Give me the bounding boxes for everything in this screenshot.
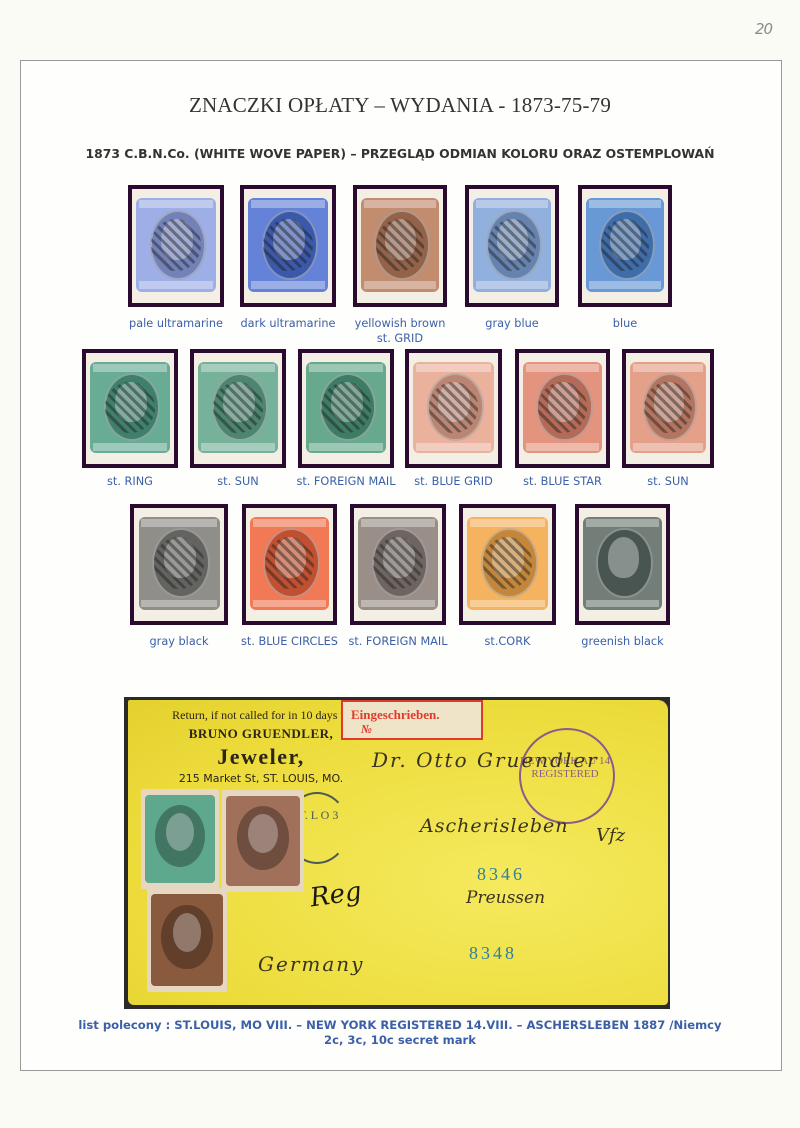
stamp-6c-2-6 bbox=[622, 349, 714, 468]
address-country: Germany bbox=[258, 952, 364, 976]
stamp-3c-2-3 bbox=[298, 349, 394, 468]
cover-trade: Jeweler, bbox=[146, 744, 376, 770]
addressee: Dr. Otto Gruendler bbox=[372, 748, 599, 772]
stamp-7c-3-2 bbox=[242, 504, 337, 625]
cover-stamp-3c bbox=[141, 789, 219, 889]
stamp-1c-1-4 bbox=[465, 185, 559, 307]
cover-caption-line-1: list polecony : ST.LOUIS, MO VIII. – NEW… bbox=[0, 1018, 800, 1032]
address-city: Ascherisleben bbox=[420, 815, 568, 837]
stamp-3c-2-2 bbox=[190, 349, 286, 468]
stamp-caption: blue bbox=[548, 316, 702, 331]
stamp-15c-3-4 bbox=[459, 504, 556, 625]
page-number: 20 bbox=[755, 20, 772, 38]
registration-number-2: 8348 bbox=[469, 943, 517, 964]
registration-label-number: № bbox=[361, 722, 372, 737]
stamp-1c-1-2 bbox=[240, 185, 336, 307]
registration-label: Eingeschrieben. № bbox=[341, 700, 483, 740]
cover-caption-line-2: 2c, 3c, 10c secret mark bbox=[0, 1033, 800, 1047]
registration-number-1: 8346 bbox=[477, 864, 525, 885]
stamp-6c-2-4 bbox=[405, 349, 502, 468]
registration-label-title: Eingeschrieben. bbox=[351, 707, 439, 723]
stamp-30c-3-5 bbox=[575, 504, 670, 625]
stamp-10c-3-1 bbox=[130, 504, 228, 625]
stamp-caption: st. SUN bbox=[592, 474, 744, 489]
cover-address: 215 Market St, ST. LOUIS, MO. bbox=[146, 772, 376, 785]
stamp-1c-1-1 bbox=[128, 185, 224, 307]
stamp-3c-2-1 bbox=[82, 349, 178, 468]
cover-stamp-10c bbox=[222, 790, 304, 892]
address-city-suffix: Vfz bbox=[596, 825, 625, 846]
stamp-6c-2-5 bbox=[515, 349, 610, 468]
address-region: Preussen bbox=[466, 888, 545, 908]
stamp-caption: greenish black bbox=[545, 634, 700, 649]
stamp-2c-1-3 bbox=[353, 185, 447, 307]
page-subtitle: 1873 C.B.N.Co. (WHITE WOVE PAPER) – PRZE… bbox=[0, 146, 800, 161]
stamp-1c-1-5 bbox=[578, 185, 672, 307]
stamp-12c-3-3 bbox=[350, 504, 446, 625]
cover-stamp-2c bbox=[147, 888, 227, 992]
page-title: ZNACZKI OPŁATY – WYDANIA - 1873-75-79 bbox=[0, 93, 800, 118]
